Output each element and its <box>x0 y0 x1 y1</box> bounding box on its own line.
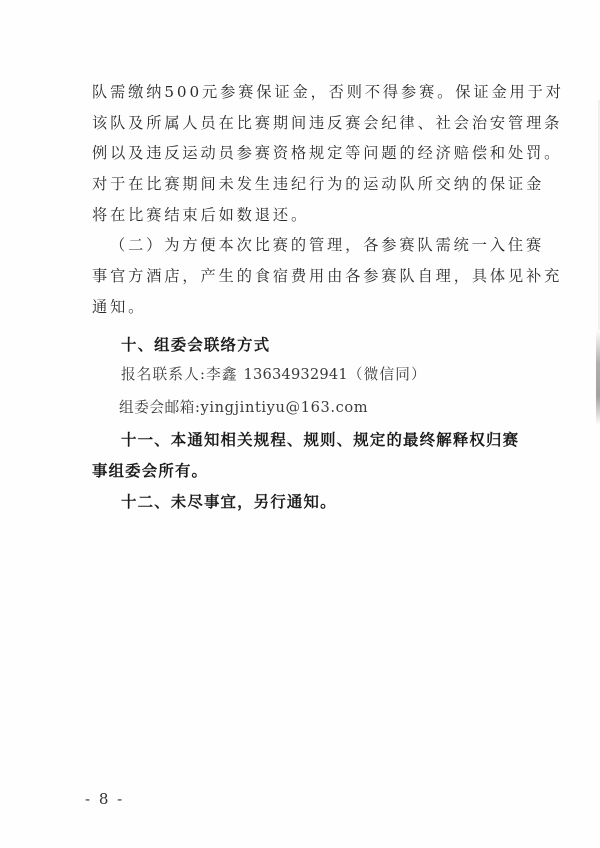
contact-label: 报名联系人:李鑫 <box>121 366 244 383</box>
text-line: 例以及违反运动员参赛资格规定等问题的经济赔偿和处罚。 <box>92 143 562 163</box>
text-line: 事官方酒店，产生的食宿费用由各参赛队自理，具体见补充 <box>92 266 562 286</box>
text-line: 将在比赛结束后如数退还。 <box>92 205 309 225</box>
email-label: 组委会邮箱: <box>119 399 201 416</box>
text-line: 队需缴纳500元参赛保证金，否则不得参赛。保证金用于对 <box>92 82 564 102</box>
text-line: 该队及所属人员在比赛期间违反赛会纪律、社会治安管理条 <box>92 113 562 133</box>
scan-edge-shadow <box>596 330 600 425</box>
text-line: 通知。 <box>92 297 146 317</box>
page-number: - 8 - <box>85 790 124 808</box>
section-heading: 十一、本通知相关规程、规则、规定的最终解释权归赛 <box>121 430 519 450</box>
section-heading: 十、组委会联络方式 <box>121 335 270 355</box>
contact-person-line: 报名联系人:李鑫 13634932941（微信同） <box>121 365 427 385</box>
document-page: 队需缴纳500元参赛保证金，否则不得参赛。保证金用于对 该队及所属人员在比赛期间… <box>0 0 600 848</box>
contact-phone: 13634932941 <box>244 366 348 383</box>
section-heading: 十二、未尽事宜，另行通知。 <box>121 492 337 512</box>
text-line: 事组委会所有。 <box>92 461 208 481</box>
email-address: yingjintiyu@163.com <box>201 399 369 416</box>
text-line: 对于在比赛期间未发生违纪行为的运动队所交纳的保证金 <box>92 174 544 194</box>
text-line: （二）为方便本次比赛的管理，各参赛队需统一入住赛 <box>110 235 544 255</box>
email-line: 组委会邮箱:yingjintiyu@163.com <box>119 398 368 418</box>
contact-note: （微信同） <box>348 366 427 383</box>
